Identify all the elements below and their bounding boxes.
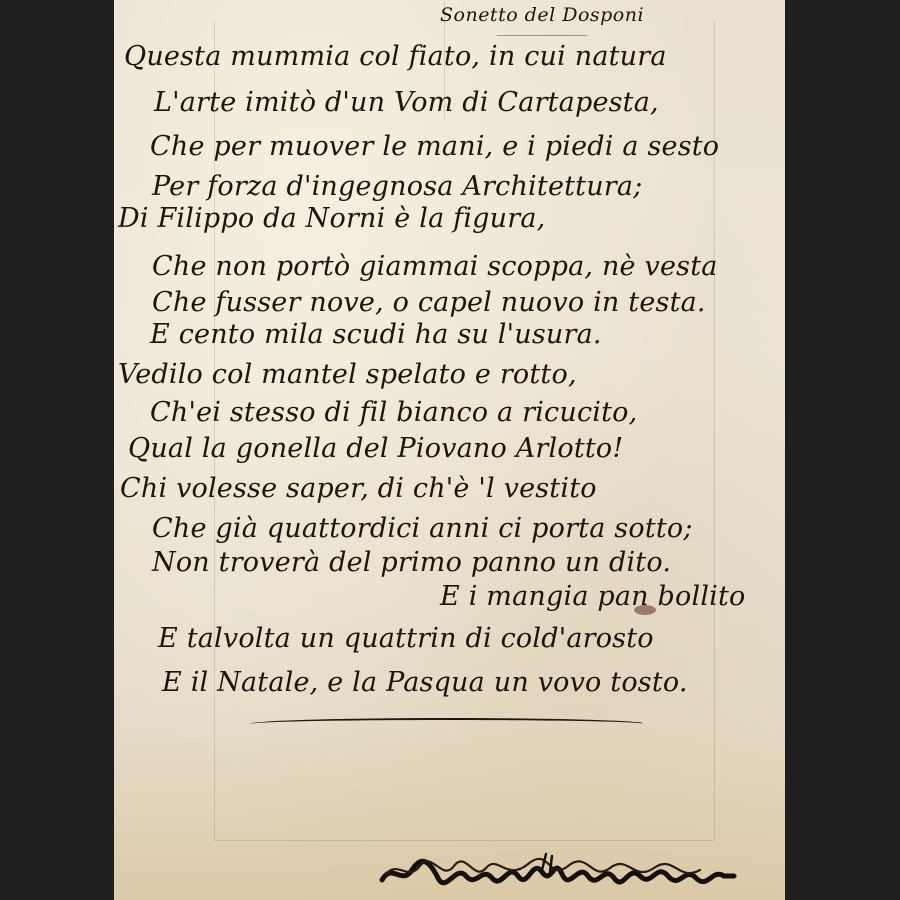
verse-line-1: Questa mummia col fiato, in cui natura	[124, 42, 667, 72]
verse-line-7: Che fusser nove, o capel nuovo in testa.	[152, 288, 706, 318]
pencil-guide-line	[214, 840, 714, 841]
verse-line-2: L'arte imitò d'un Vom di Cartapesta,	[154, 88, 659, 118]
verse-line-14: Non troverà del primo panno un dito.	[152, 548, 671, 578]
verse-line-16: E talvolta un quattrin di cold'arosto	[158, 624, 654, 654]
verse-line-8: E cento mila scudi ha su l'usura.	[150, 320, 602, 350]
verse-line-10: Ch'ei stesso di fil bianco a ricucito,	[150, 398, 637, 428]
verse-line-9: Vedilo col mantel spelato e rotto,	[118, 360, 577, 390]
verse-line-5: Di Filippo da Norni è la figura,	[118, 204, 545, 234]
verse-line-15: E i mangia pan bollito	[440, 582, 746, 612]
sonnet-title: Sonetto del Dosponi	[440, 4, 644, 26]
scribbled-signature	[378, 852, 738, 890]
verse-line-11: Qual la gonella del Piovano Arlotto!	[128, 434, 623, 464]
title-underline	[497, 35, 587, 36]
manuscript-page: Sonetto del Dosponi Questa mummia col fi…	[114, 0, 785, 900]
verse-line-13: Che già quattordici anni ci porta sotto;	[152, 514, 693, 544]
ink-blot	[634, 605, 656, 615]
verse-line-12: Chi volesse saper, di ch'è 'l vestito	[120, 474, 597, 504]
verse-line-3: Che per muover le mani, e i piedi a sest…	[150, 132, 719, 162]
verse-line-4: Per forza d'ingegnosa Architettura;	[152, 172, 643, 202]
verse-line-6: Che non portò giammai scoppa, nè vesta	[152, 252, 718, 282]
image-frame: Sonetto del Dosponi Questa mummia col fi…	[0, 0, 900, 900]
verse-line-17: E il Natale, e la Pasqua un vovo tosto.	[162, 668, 688, 698]
closing-rule	[250, 718, 647, 728]
